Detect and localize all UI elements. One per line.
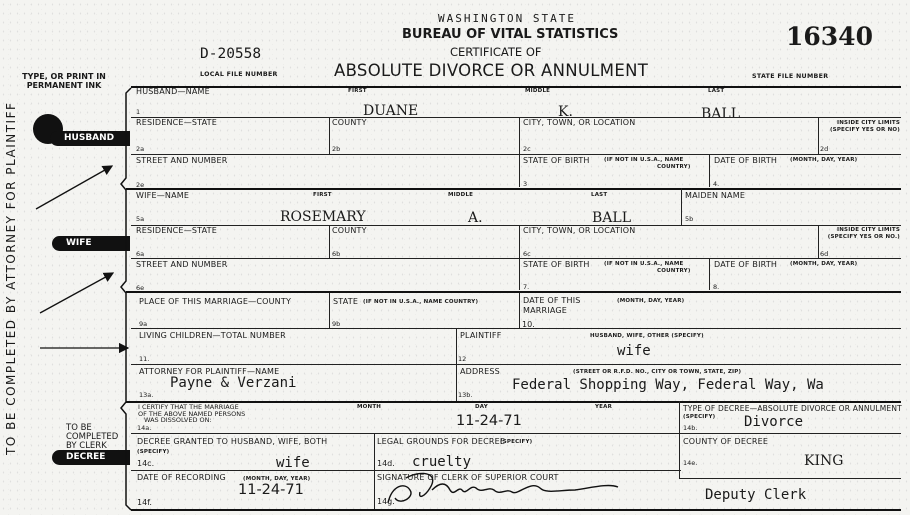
decree-type-hint: (SPECIFY) <box>683 414 715 420</box>
rule <box>131 86 901 88</box>
field-number: 14f. <box>137 498 152 507</box>
wife-county-label: COUNTY <box>332 226 367 235</box>
wife-residence-state-label: RESIDENCE—STATE <box>136 226 217 235</box>
field-number: 6a <box>136 250 144 258</box>
rule <box>519 117 520 187</box>
rule <box>131 470 681 471</box>
field-number: 5a <box>136 215 144 223</box>
field-number: 3 <box>523 180 527 188</box>
rule <box>329 225 330 258</box>
rule <box>131 509 901 511</box>
decree-type-label: TYPE OF DECREE—ABSOLUTE DIVORCE OR ANNUL… <box>683 404 902 413</box>
address-label: ADDRESS <box>460 367 500 376</box>
plaintiff-value: wife <box>617 343 651 359</box>
field-number: 14b. <box>683 424 697 432</box>
rule <box>131 364 901 365</box>
marriage-state-hint: (IF NOT IN U.S.A., NAME COUNTRY) <box>363 299 478 305</box>
wife-dob-label: DATE OF BIRTH <box>714 260 777 269</box>
field-number: 9a <box>139 320 147 328</box>
living-children-label: LIVING CHILDREN—TOTAL NUMBER <box>139 331 286 340</box>
wife-birth-state-label: STATE OF BIRTH <box>523 260 590 269</box>
field-number: 6c <box>523 250 531 258</box>
plaintiff-label: PLAINTIFF <box>460 331 502 340</box>
husband-city-label: CITY, TOWN, OR LOCATION <box>523 118 635 127</box>
field-number: 14d. <box>377 459 395 468</box>
last-label: LAST <box>591 192 607 198</box>
field-number: 1 <box>136 108 140 116</box>
address-hint: (STREET OR R.F.D. NO., CITY OR TOWN, STA… <box>573 369 741 375</box>
field-number: 14a. <box>137 424 151 432</box>
field-number: 13a. <box>139 391 153 399</box>
granted-to-hint: (SPECIFY) <box>137 449 169 455</box>
marriage-state-label: STATE <box>333 297 358 306</box>
rule <box>126 401 901 403</box>
attorney-name: Payne & Verzani <box>170 375 296 391</box>
rule <box>818 117 819 154</box>
signature-label: SIGNATURE OF CLERK OF SUPERIOR COURT <box>377 473 559 482</box>
first-label: FIRST <box>313 192 332 198</box>
granted-to-label: DECREE GRANTED TO HUSBAND, WIFE, BOTH <box>137 437 327 446</box>
wife-street-label: STREET AND NUMBER <box>136 260 227 269</box>
husband-inside-city-label: INSIDE CITY LIMITS(SPECIFY YES OR NO) <box>820 120 900 134</box>
rule <box>131 258 901 259</box>
attorney-address: Federal Shopping Way, Federal Way, Wa <box>512 377 824 393</box>
rule <box>374 433 375 509</box>
field-number: 6e <box>136 284 144 292</box>
year-label: YEAR <box>595 404 612 410</box>
field-number: 11. <box>139 355 149 363</box>
dissolved-date: 11-24-71 <box>456 413 522 429</box>
birth-state-hint: (IF NOT IN U.S.A., NAME <box>604 157 684 163</box>
husband-street-label: STREET AND NUMBER <box>136 156 227 165</box>
plaintiff-hint: HUSBAND, WIFE, OTHER (SPECIFY) <box>590 333 704 339</box>
rule <box>131 117 901 118</box>
field-number: 12 <box>458 355 466 363</box>
wife-maiden-label: MAIDEN NAME <box>685 191 745 200</box>
rule <box>131 154 901 155</box>
birth-state-hint: COUNTRY) <box>657 164 691 170</box>
rule <box>131 328 901 329</box>
day-label: DAY <box>475 404 488 410</box>
decree-type-value: Divorce <box>744 414 803 430</box>
field-number: 14e. <box>683 459 697 467</box>
wife-name-label: WIFE—NAME <box>136 191 189 200</box>
last-label: LAST <box>708 88 724 94</box>
field-number: 2a <box>136 145 144 153</box>
field-number: 9b <box>332 320 340 328</box>
husband-county-label: COUNTY <box>332 118 367 127</box>
field-number: 4. <box>713 180 719 188</box>
field-number: 7. <box>523 283 529 291</box>
husband-dob-label: DATE OF BIRTH <box>714 156 777 165</box>
decree-county-value: KING <box>804 453 843 469</box>
rule <box>681 188 682 225</box>
rule <box>709 154 710 187</box>
birth-state-hint: (IF NOT IN U.S.A., NAME <box>604 261 684 267</box>
rule <box>679 401 680 478</box>
field-number: 2c <box>523 145 531 153</box>
husband-residence-state-label: RESIDENCE—STATE <box>136 118 217 127</box>
husband-last-name: BALL <box>701 106 740 122</box>
rule <box>126 291 901 293</box>
middle-label: MIDDLE <box>448 192 473 198</box>
deputy-clerk-label: Deputy Clerk <box>705 487 806 503</box>
rule <box>679 478 901 479</box>
marriage-date-label: DATE OF THISMARRIAGE <box>523 296 581 316</box>
granted-to-value: wife <box>276 455 310 471</box>
rule <box>126 188 901 190</box>
recording-date-label: DATE OF RECORDING <box>137 473 226 482</box>
rule <box>519 293 520 328</box>
field-number: 5b <box>685 215 693 223</box>
middle-label: MIDDLE <box>525 88 550 94</box>
marriage-county-label: PLACE OF THIS MARRIAGE—COUNTY <box>139 297 291 306</box>
husband-name-label: HUSBAND—NAME <box>136 87 210 96</box>
rule <box>329 117 330 154</box>
field-number: 13b. <box>458 391 472 399</box>
rule <box>131 433 901 434</box>
wife-middle-initial: A. <box>468 210 483 226</box>
rule <box>329 293 330 328</box>
field-number: 2e <box>136 181 144 189</box>
legal-grounds-hint: (SPECIFY) <box>500 439 532 445</box>
rule <box>818 225 819 258</box>
legal-grounds-value: cruelty <box>412 454 471 470</box>
wife-inside-city-label: INSIDE CITY LIMITS(SPECIFY YES OR NO.) <box>820 227 900 241</box>
field-number: 8. <box>713 283 719 291</box>
dob-hint: (MONTH, DAY, YEAR) <box>790 261 857 267</box>
husband-birth-state-label: STATE OF BIRTH <box>523 156 590 165</box>
first-label: FIRST <box>348 88 367 94</box>
month-label: MONTH <box>357 404 381 410</box>
recording-date-value: 11-24-71 <box>238 482 304 498</box>
decree-county-label: COUNTY OF DECREE <box>683 437 768 446</box>
dob-hint: (MONTH, DAY, YEAR) <box>790 157 857 163</box>
field-number: 14g. <box>377 497 395 506</box>
field-number: 2b <box>332 145 340 153</box>
wife-last-name: BALL <box>592 210 631 226</box>
wife-city-label: CITY, TOWN, OR LOCATION <box>523 226 635 235</box>
field-number: 2d <box>820 145 828 153</box>
field-number: 6d <box>820 250 828 258</box>
field-number: 6b <box>332 250 340 258</box>
marriage-date-hint: (MONTH, DAY, YEAR) <box>617 298 684 304</box>
field-number: 14c. <box>137 459 154 468</box>
wife-first-name: ROSEMARY <box>280 209 366 225</box>
rule <box>709 258 710 290</box>
legal-grounds-label: LEGAL GROUNDS FOR DECREE <box>377 437 505 446</box>
certify-statement: I CERTIFY THAT THE MARRIAGE OF THE ABOVE… <box>138 404 245 424</box>
rule <box>131 225 901 226</box>
birth-state-hint: COUNTRY) <box>657 268 691 274</box>
